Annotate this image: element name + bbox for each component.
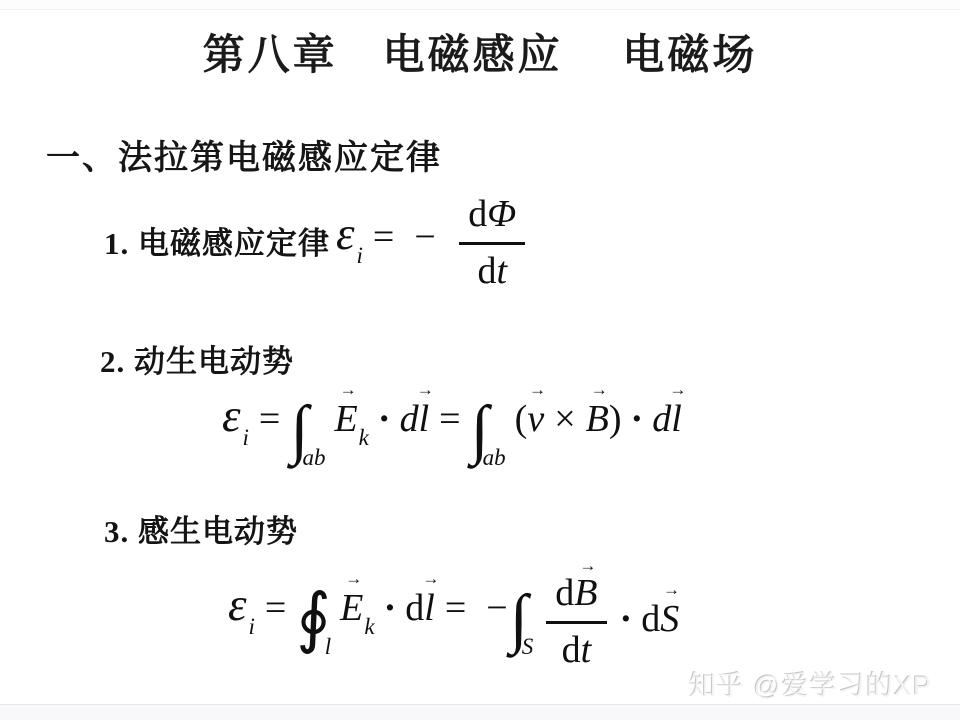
equals-sign: =	[259, 398, 280, 440]
subscript-i: i	[357, 243, 363, 268]
slide-title: 第八章 电磁感应 电磁场	[0, 22, 960, 82]
slide: 第八章 电磁感应 电磁场 一、法拉第电磁感应定律 1. 电磁感应定律 εi=− …	[0, 0, 960, 720]
differential-d: d	[555, 572, 574, 614]
vector-v: v→	[527, 397, 544, 441]
differential-d: d	[641, 598, 660, 640]
dot-operator: ·	[378, 398, 391, 440]
fraction-dphi-dt: dΦ dt	[459, 188, 525, 293]
item-1: 1. 电磁感应定律 εi=− dΦ dt	[104, 190, 529, 290]
formula-faraday-law: εi=− dΦ dt	[336, 188, 529, 293]
formula-induced-emf: εi=∮lE→k·dl→=−∫S dB→ dt ·dS→	[228, 568, 679, 670]
section-heading: 一、法拉第电磁感应定律	[46, 130, 442, 179]
epsilon-symbol: ε	[222, 390, 241, 442]
dot-operator: ·	[631, 398, 644, 440]
vector-l: l→	[419, 397, 430, 441]
dot-operator: ·	[384, 587, 397, 629]
vector-arrow-icon: →	[669, 381, 686, 398]
differential-d: d	[562, 629, 581, 671]
differential-d: d	[400, 398, 419, 440]
minus-sign: −	[414, 216, 435, 258]
dot-operator: ·	[620, 598, 633, 640]
subscript-k: k	[364, 614, 374, 639]
integral-limit-ab: ab	[302, 445, 325, 470]
vector-arrow-icon: →	[663, 581, 680, 598]
formula-motional-emf: εi=∫abE→k·dl→=∫ab(v→×B→)·dl→	[222, 384, 682, 476]
cross-product-sign: ×	[554, 398, 575, 440]
equals-sign: =	[265, 587, 286, 629]
phi-symbol: Φ	[487, 193, 516, 235]
subscript-k: k	[359, 425, 369, 450]
subscript-i: i	[249, 614, 255, 639]
vector-B: B→	[574, 571, 597, 615]
item-3-label: 3. 感生电动势	[104, 506, 298, 551]
vector-E: E→	[334, 397, 357, 441]
differential-d: d	[477, 250, 496, 292]
vector-B: B→	[586, 397, 609, 441]
var-t: t	[581, 629, 592, 671]
item-2-label: 2. 动生电动势	[100, 336, 294, 381]
left-paren: (	[515, 398, 528, 440]
item-1-label: 1. 电磁感应定律	[104, 218, 330, 263]
differential-d: d	[468, 193, 487, 235]
vector-l: l→	[424, 586, 435, 630]
bottom-edge-strip	[0, 704, 960, 720]
subscript-i: i	[243, 425, 249, 450]
differential-d: d	[405, 587, 424, 629]
minus-sign: −	[486, 587, 507, 629]
vector-arrow-icon: →	[422, 570, 439, 587]
vector-S: S→	[660, 597, 679, 641]
zhihu-watermark: 知乎 @爱学习的XP	[689, 664, 932, 703]
vector-arrow-icon: →	[417, 381, 434, 398]
integral-limit-l: l	[325, 634, 331, 659]
epsilon-symbol: ε	[336, 208, 355, 260]
integral-limit-S: S	[522, 634, 534, 659]
fraction-dB-dt: dB→ dt	[546, 567, 606, 672]
differential-d: d	[652, 398, 671, 440]
equals-sign: =	[373, 216, 394, 258]
vector-arrow-icon: →	[591, 381, 608, 398]
vector-l: l→	[671, 397, 682, 441]
vector-arrow-icon: →	[345, 570, 362, 587]
vector-arrow-icon: →	[579, 557, 596, 574]
var-t: t	[496, 250, 507, 292]
right-paren: )	[609, 398, 622, 440]
top-edge-strip	[0, 0, 960, 10]
equals-sign: =	[445, 587, 466, 629]
vector-arrow-icon: →	[340, 381, 357, 398]
integral-limit-ab: ab	[483, 445, 506, 470]
vector-E: E→	[340, 586, 363, 630]
epsilon-symbol: ε	[228, 579, 247, 631]
equals-sign: =	[439, 398, 460, 440]
vector-arrow-icon: →	[529, 381, 546, 398]
